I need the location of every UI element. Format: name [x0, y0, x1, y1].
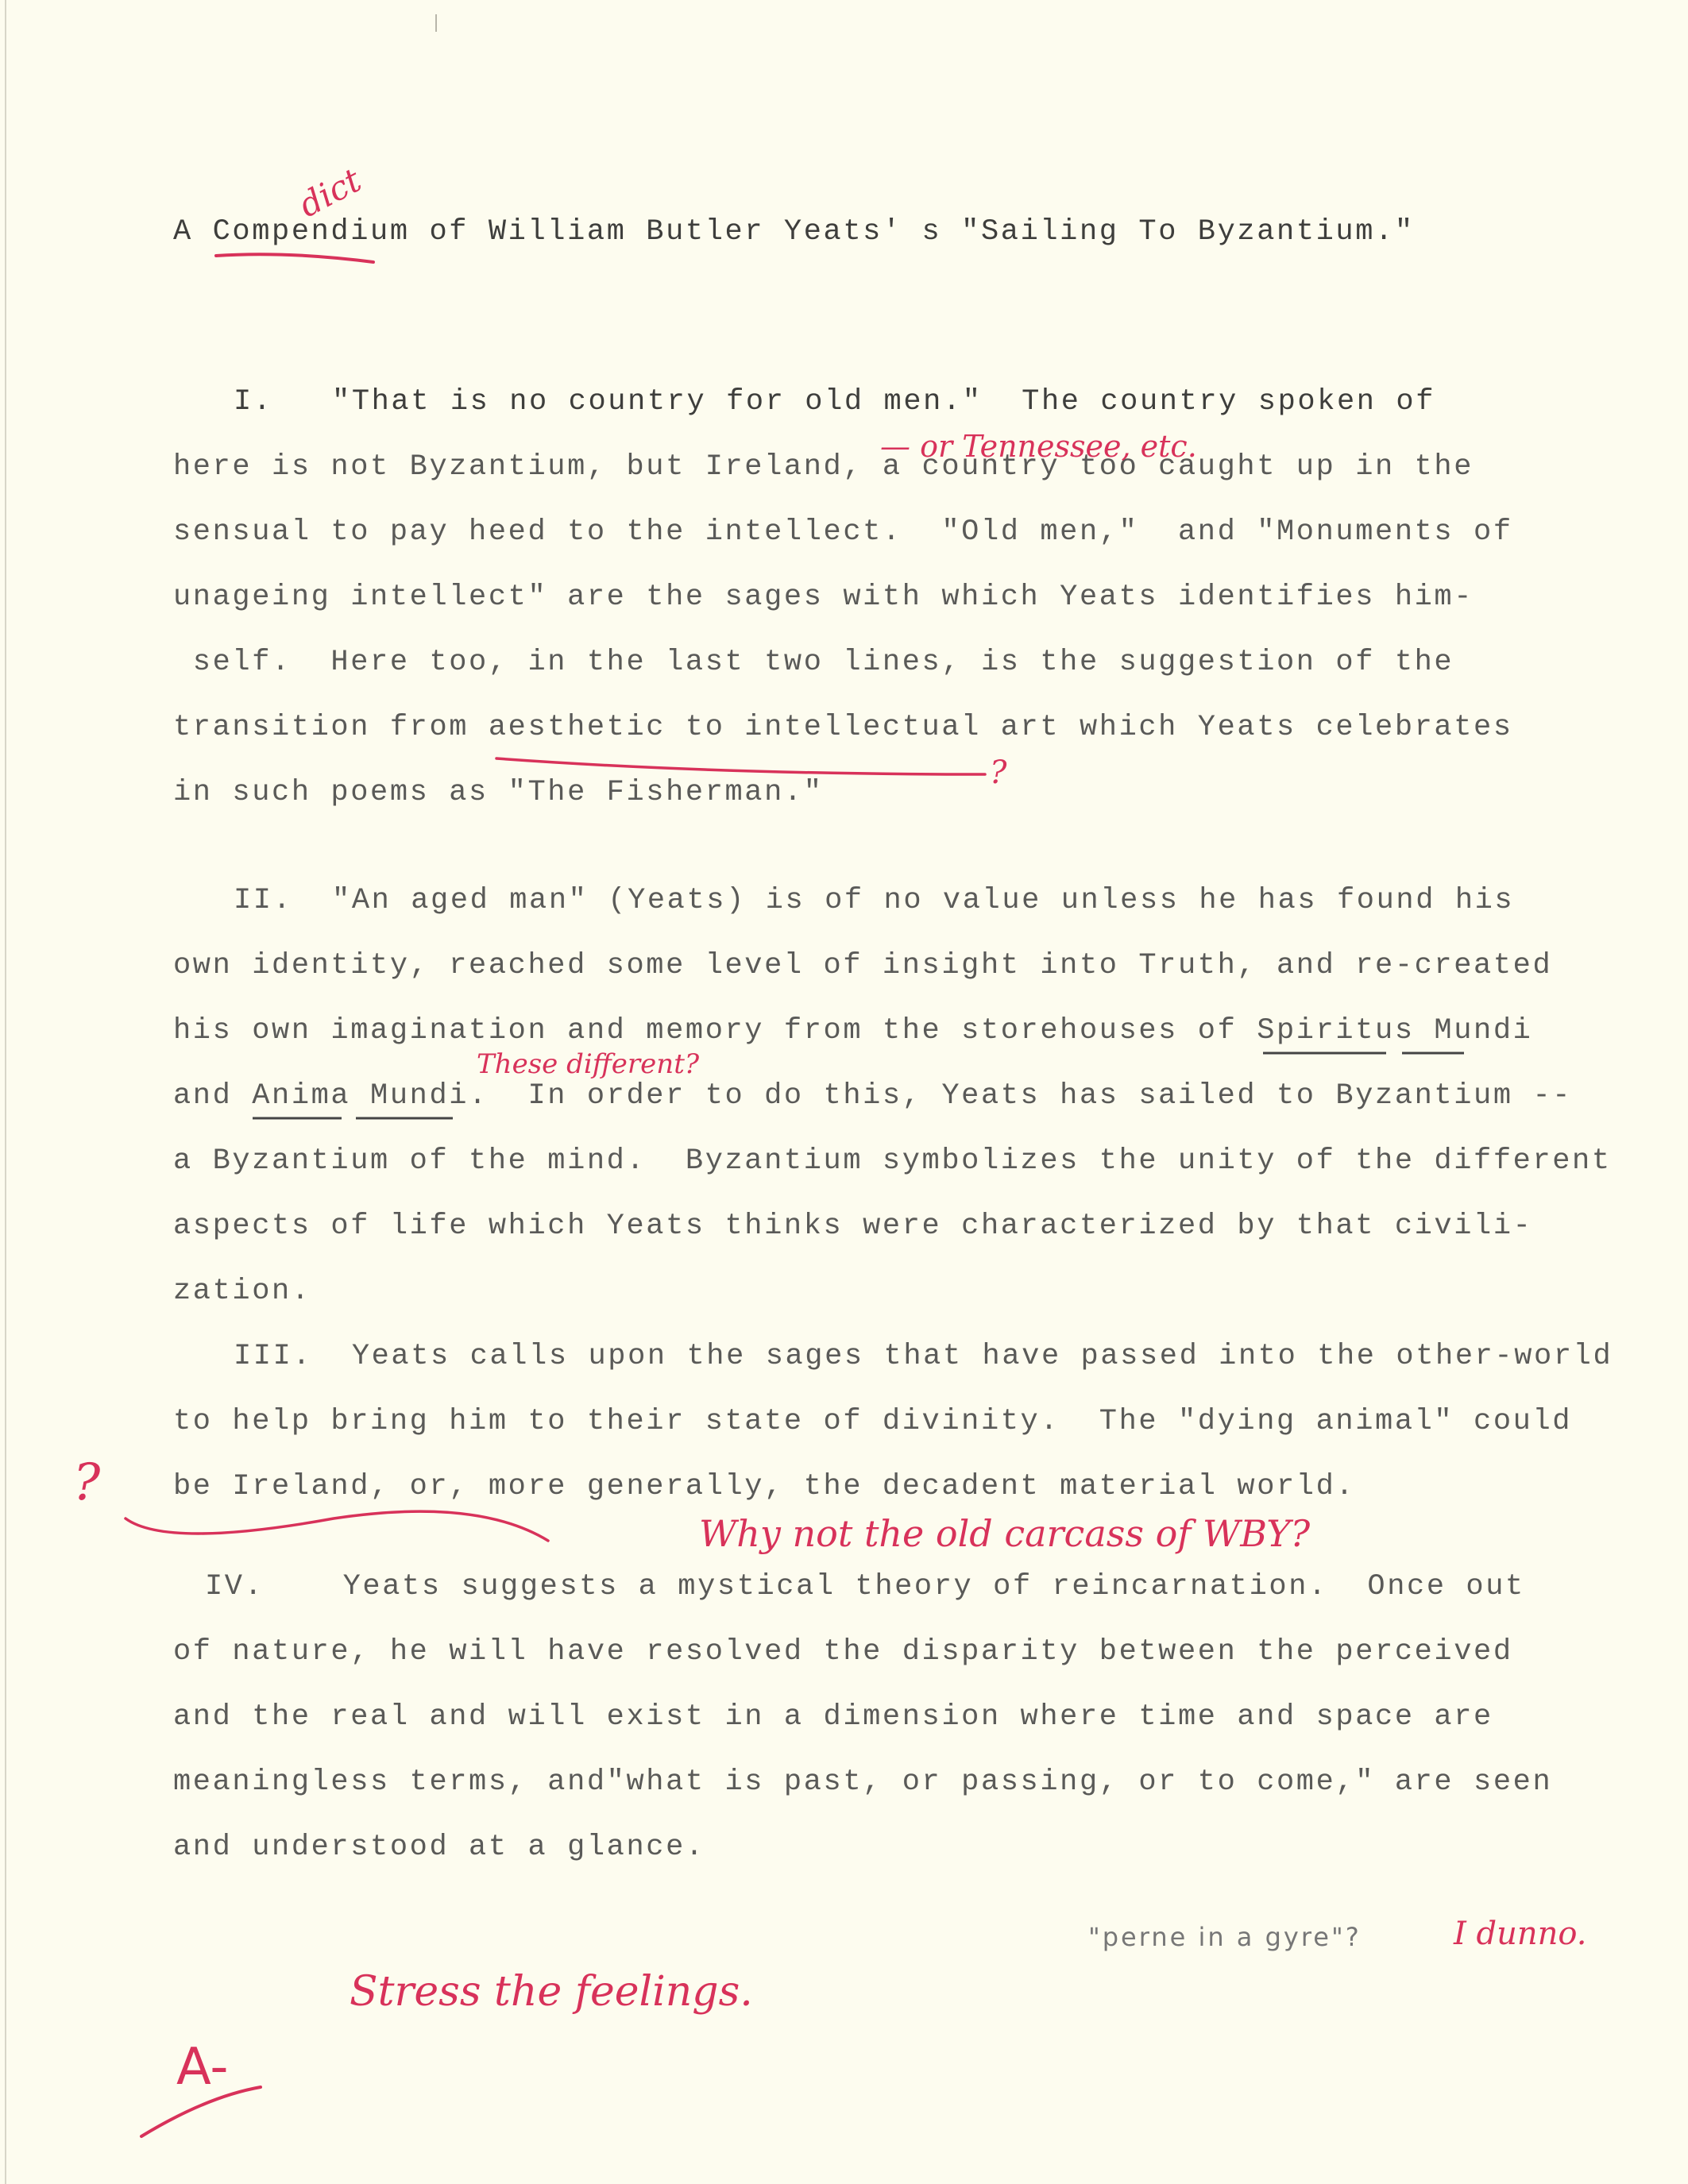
annotation-stress-the-feelings: Stress the feelings. — [350, 1968, 753, 2016]
section-3-line-2: to help bring him to their state of divi… — [173, 1404, 1572, 1439]
fold-mark — [435, 14, 437, 32]
section-3-line-3: be Ireland, or, more generally, the deca… — [173, 1469, 1355, 1504]
section-4-line-3: and the real and will exist in a dimensi… — [173, 1700, 1493, 1734]
section-3-line-1: III. Yeats calls upon the sages that hav… — [234, 1339, 1613, 1374]
title-rest: of William Butler Yeats' s "Sailing To B… — [410, 215, 1415, 249]
section-2-line-1: II. "An aged man" (Yeats) is of no value… — [234, 883, 1514, 918]
section-2-line-5: a Byzantium of the mind. Byzantium symbo… — [173, 1144, 1612, 1179]
section-2-line-4: and Anima Mundi. In order to do this, Ye… — [173, 1078, 1572, 1113]
ireland-swash-underline — [126, 1511, 548, 1541]
aesthetic-intellectual-underline — [496, 758, 985, 774]
section-2-line-6: aspects of life which Yeats thinks were … — [173, 1209, 1532, 1244]
title-prefix: A — [173, 215, 213, 249]
section-1-line-2: here is not Byzantium, but Ireland, a co… — [173, 450, 1474, 484]
section-4-line-1: IV. Yeats suggests a mystical theory of … — [205, 1569, 1525, 1604]
annotation-these-different: These different? — [477, 1048, 699, 1080]
annotation-carcass-of-wby: Why not the old carcass of WBY? — [699, 1512, 1310, 1555]
section-4-line-2: of nature, he will have resolved the dis… — [173, 1634, 1513, 1669]
section-4-line-5: and understood at a glance. — [173, 1830, 705, 1865]
annotation-perne-in-a-gyre: "perne in a gyre"? — [1088, 1922, 1362, 1952]
section-1-line-5: self. Here too, in the last two lines, i… — [173, 645, 1454, 680]
section-1-line-3: sensual to pay heed to the intellect. "O… — [173, 515, 1513, 550]
section-1-line-1: I. "That is no country for old men." The… — [234, 384, 1435, 419]
compendium-underline — [216, 254, 373, 262]
section-4-line-4: meaningless terms, and"what is past, or … — [173, 1765, 1552, 1800]
grade: A- — [176, 2038, 228, 2097]
section-2-line-3: his own imagination and memory from the … — [173, 1013, 1532, 1048]
section-1-line-4: unageing intellect" are the sages with w… — [173, 580, 1474, 615]
section-1-line-6: transition from aesthetic to intellectua… — [173, 710, 1513, 745]
section-1-line-7: in such poems as "The Fisherman." — [173, 775, 824, 810]
page-edge — [5, 0, 6, 2184]
annotation-i-dunno: I dunno. — [1454, 1916, 1587, 1952]
annotation-tennessee: — or Tennessee, etc. — [880, 429, 1197, 464]
section-2-line-2: own identity, reached some level of insi… — [173, 948, 1552, 983]
section-2-line-7: zation. — [173, 1274, 311, 1309]
annotation-margin-question: ? — [73, 1453, 100, 1512]
typed-essay-page: A Compendium of William Butler Yeats' s … — [0, 0, 1688, 2184]
document-title: A Compendium of William Butler Yeats' s … — [173, 214, 1415, 249]
annotation-aesthetic-question: ? — [990, 754, 1006, 791]
